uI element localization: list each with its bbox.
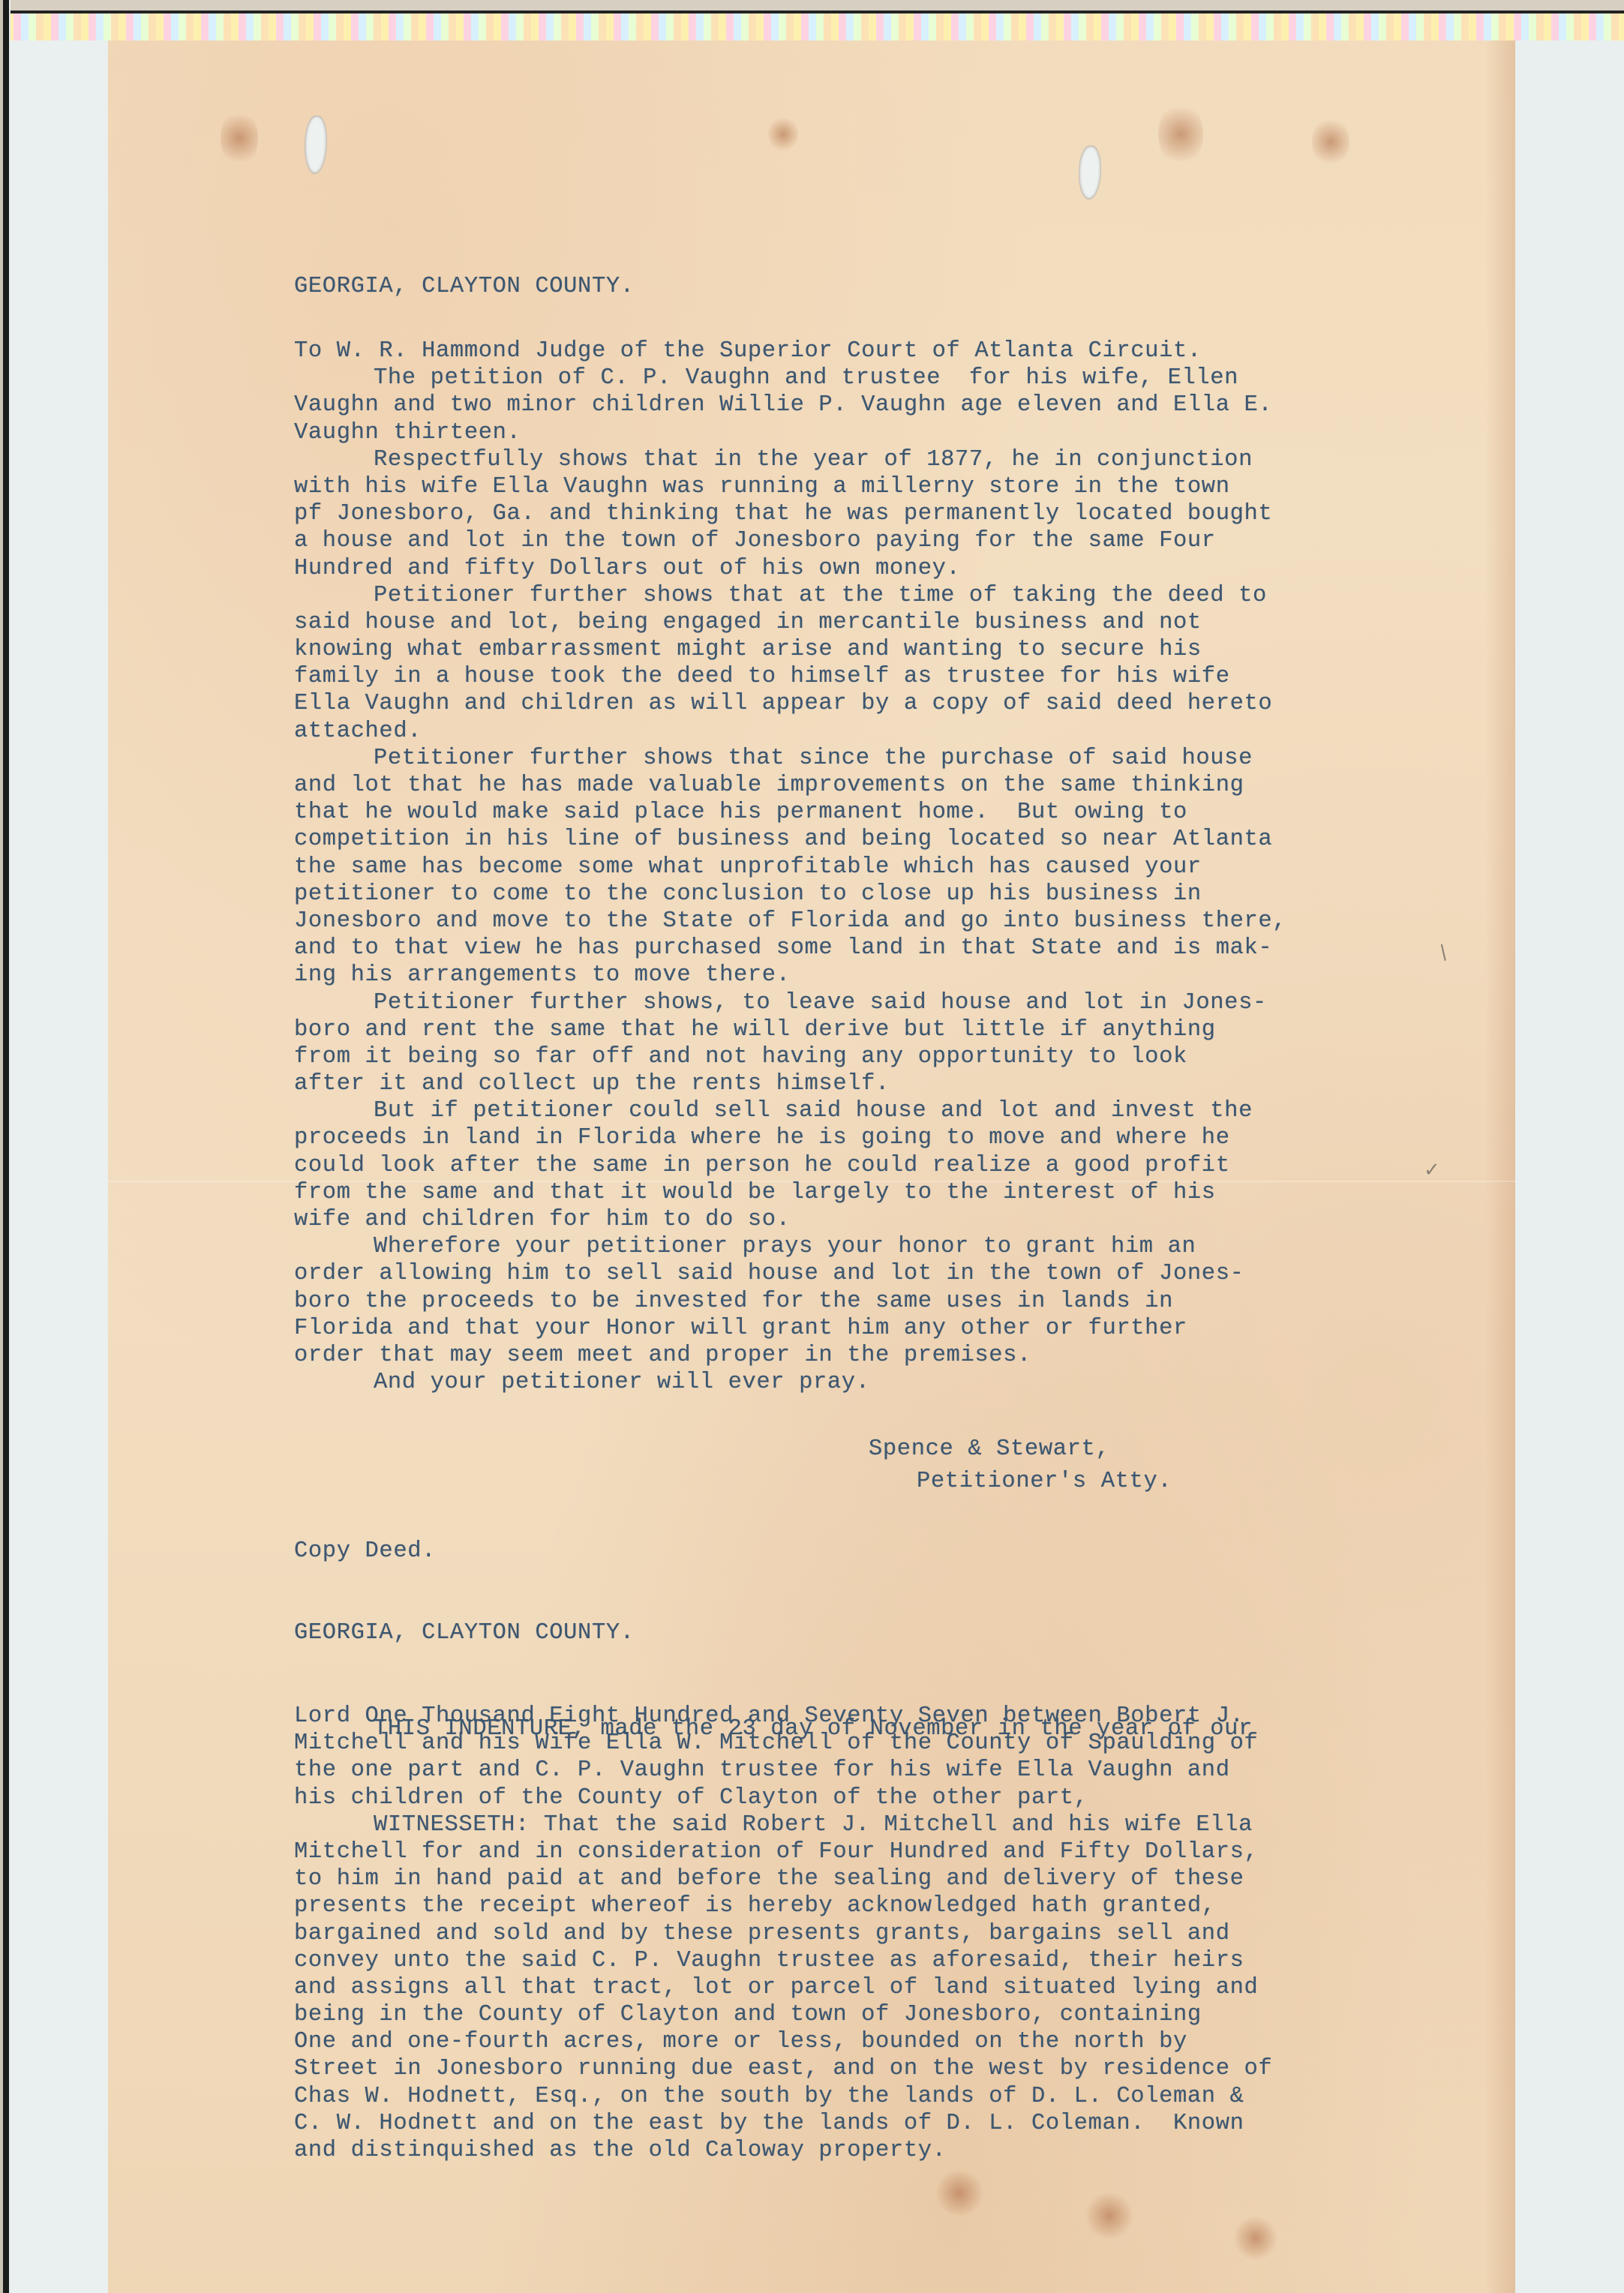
deed-line: convey unto the said C. P. Vaughn truste… [294,1947,1494,1974]
petition-line: Vaughn and two minor children Willie P. … [294,392,1494,419]
deed-line: Street in Jonesboro running due east, an… [294,2055,1494,2082]
deed-line: Lord One Thousand Eight Hundred and Seve… [294,1703,1494,1730]
petition-line: order that may seem meet and proper in t… [294,1342,1494,1369]
binding-hole-right [1079,146,1101,200]
petition-line: To W. R. Hammond Judge of the Superior C… [294,338,1494,365]
binding-hole-left [305,116,327,174]
scanner-left-edge [0,0,11,2293]
petition-line: order allowing him to sell said house an… [294,1260,1494,1287]
stain [1233,2216,1278,2261]
petition-line: competition in his line of business and … [294,826,1494,853]
stain [1158,101,1203,168]
deed-line: C. W. Hodnett and on the east by the lan… [294,2110,1494,2137]
deed-line: the one part and C. P. Vaughn trustee fo… [294,1757,1494,1784]
petition-line: petitioner to come to the conclusion to … [294,881,1494,908]
petition-line: Petitioner further shows, to leave said … [294,989,1494,1016]
petition-line: and to that view he has purchased some l… [294,935,1494,962]
scan-margin-left [11,41,108,2293]
deed-line: Chas W. Hodnett, Esq., on the south by t… [294,2083,1494,2110]
stain [933,2171,986,2216]
stain [1083,2193,1136,2238]
deed-line: to him in hand paid at and before the se… [294,1865,1494,1892]
deed-heading: GEORGIA, CLAYTON COUNTY. [294,1619,1494,1646]
deed-body: Lord One Thousand Eight Hundred and Seve… [294,1703,1494,2164]
petition-line: proceeds in land in Florida where he is … [294,1124,1494,1151]
petition-line: from the same and that it would be large… [294,1179,1494,1206]
stain [768,116,798,153]
deed-line: WITNESSETH: That the said Robert J. Mitc… [294,1811,1494,1838]
deed-line: presents the receipt whereof is hereby a… [294,1892,1494,1919]
petition-line: knowing what embarrassment might arise a… [294,636,1494,663]
deed-line: and distinquished as the old Caloway pro… [294,2137,1494,2164]
stain [1312,116,1349,168]
petition-line: Respectfully shows that in the year of 1… [294,446,1494,473]
petition-line: And your petitioner will ever pray. [294,1369,1494,1396]
petition-line: said house and lot, being engaged in mer… [294,609,1494,636]
petition-line: family in a house took the deed to himse… [294,663,1494,690]
petition-line: after it and collect up the rents himsel… [294,1070,1494,1097]
petition-line: the same has become some what unprofitab… [294,854,1494,881]
petition-line: Jonesboro and move to the State of Flori… [294,908,1494,935]
stain [221,108,258,168]
scan-margin-right [1515,41,1624,2293]
petition-line: But if petitioner could sell said house … [294,1097,1494,1124]
petition-line: that he would make said place his perman… [294,799,1494,826]
signature-firm: Spence & Stewart, [869,1436,1624,1463]
signature-title: Petitioner's Atty. [917,1468,1624,1495]
petition-line: ing his arrangements to move there. [294,962,1494,989]
petition-body: To W. R. Hammond Judge of the Superior C… [294,338,1494,1396]
petition-line: pf Jonesboro, Ga. and thinking that he w… [294,500,1494,527]
petition-line: wife and children for him to do so. [294,1206,1494,1233]
petition-line: with his wife Ella Vaughn was running a … [294,473,1494,500]
deed-line: Mitchell and his Wife Ella W. Mitchell o… [294,1730,1494,1757]
deed-line: Mitchell for and in consideration of Fou… [294,1838,1494,1865]
petition-line: from it being so far off and not having … [294,1043,1494,1070]
petition-line: Ella Vaughn and children as will appear … [294,690,1494,717]
deed-line: and assigns all that tract, lot or parce… [294,1974,1494,2001]
petition-line: could look after the same in person he c… [294,1152,1494,1179]
petition-line: Vaughn thirteen. [294,419,1494,446]
petition-line: a house and lot in the town of Jonesboro… [294,527,1494,554]
deed-line: bargained and sold and by these presents… [294,1920,1494,1947]
petition-line: Petitioner further shows that since the … [294,745,1494,772]
petition-line: Florida and that your Honor will grant h… [294,1315,1494,1342]
petition-line: boro and rent the same that he will deri… [294,1016,1494,1043]
petition-line: and lot that he has made valuable improv… [294,772,1494,799]
petition-line: Petitioner further shows that at the tim… [294,582,1494,609]
petition-line: The petition of C. P. Vaughn and trustee… [294,365,1494,392]
petition-line: Hundred and fifty Dollars out of his own… [294,555,1494,582]
petition-line: attached. [294,718,1494,745]
pencil-check-mark: ✓ [1424,1159,1440,1181]
scanner-color-artifact [6,14,1624,41]
deed-line: One and one-fourth acres, more or less, … [294,2028,1494,2055]
petition-line: boro the proceeds to be invested for the… [294,1288,1494,1315]
deed-line: his children of the County of Clayton of… [294,1784,1494,1811]
scanner-top-edge [0,0,1624,14]
deed-line: being in the County of Clayton and town … [294,2001,1494,2028]
petition-line: Wherefore your petitioner prays your hon… [294,1233,1494,1260]
petition-heading: GEORGIA, CLAYTON COUNTY. [294,273,1494,300]
copy-deed-label: Copy Deed. [294,1538,1494,1565]
